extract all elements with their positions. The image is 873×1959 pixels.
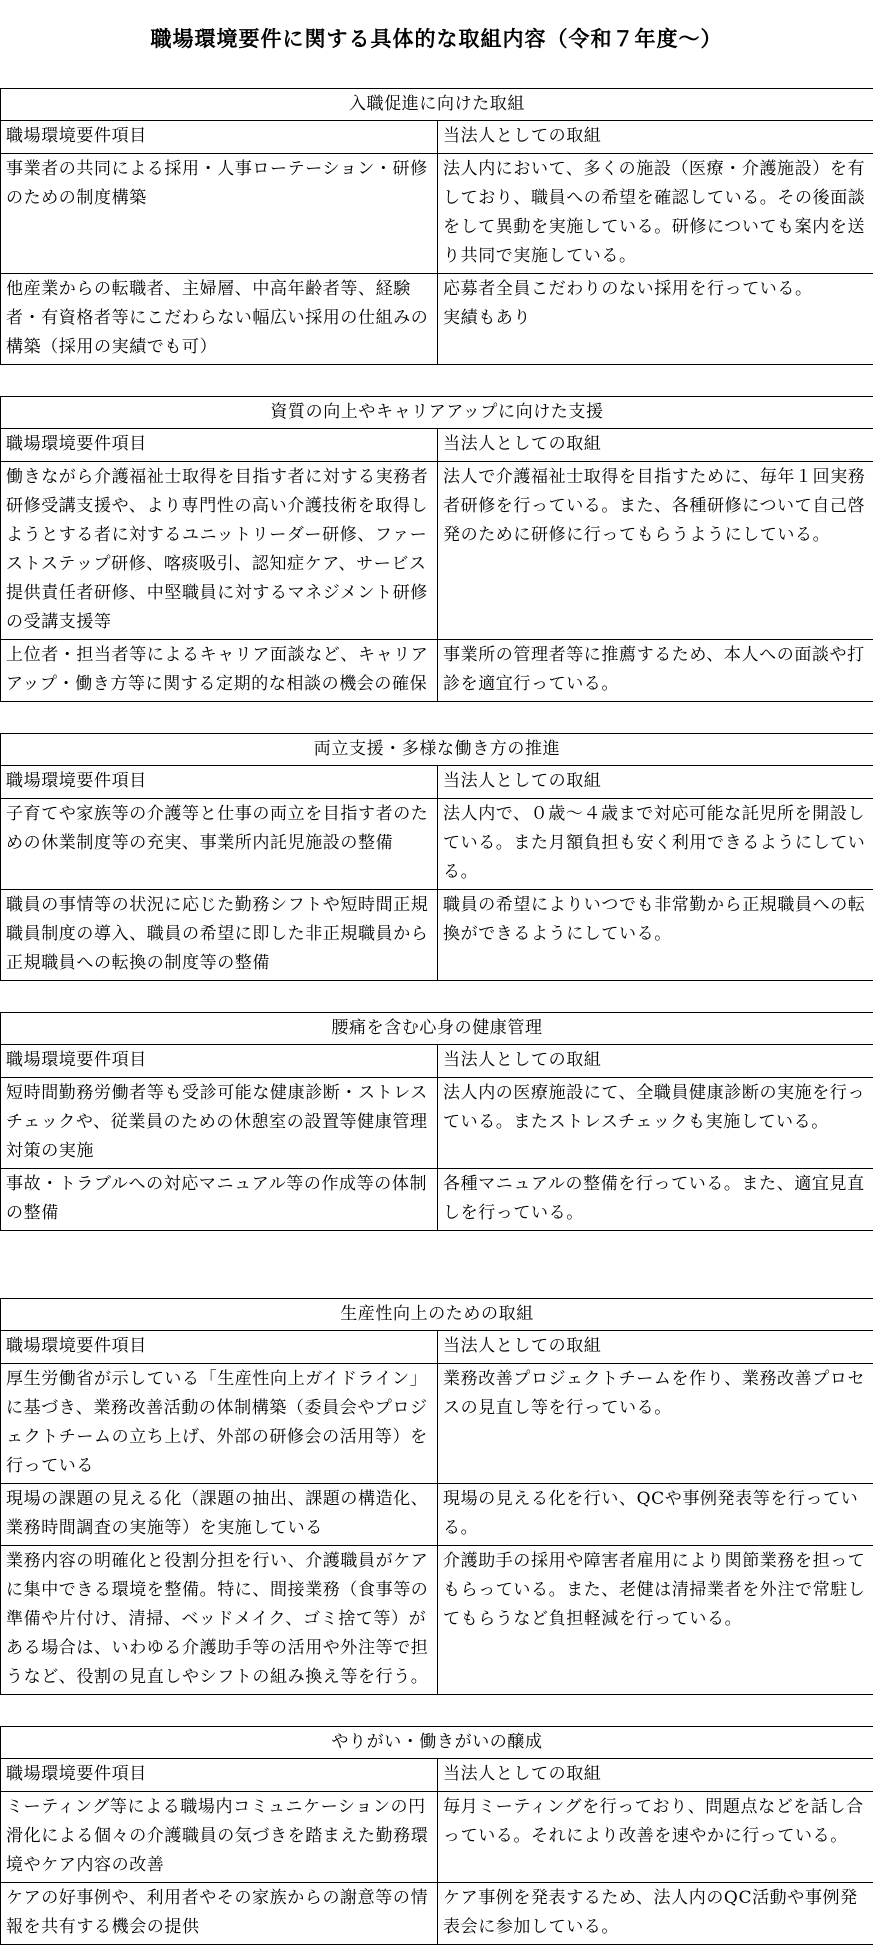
table-row: 職員の事情等の状況に応じた勤務シフトや短時間正規職員制度の導入、職員の希望に即し… <box>1 890 873 981</box>
column-header-initiative: 当法人としての取組 <box>438 121 873 154</box>
table-row: 厚生労働省が示している「生産性向上ガイドライン」に基づき、業務改善活動の体制構築… <box>1 1364 873 1484</box>
table-row: 事業者の共同による採用・人事ローテーション・研修のための制度構築法人内において、… <box>1 154 873 274</box>
table-row: ミーティング等による職場内コミュニケーションの円滑化による個々の介護職員の気づき… <box>1 1792 873 1883</box>
requirement-item-cell: 現場の課題の見える化（課題の抽出、課題の構造化、業務時間調査の実施等）を実施して… <box>1 1484 438 1546</box>
column-header-item: 職場環境要件項目 <box>1 121 438 154</box>
corporation-initiative-cell: 事業所の管理者等に推薦するため、本人への面談や打診を適宜行っている。 <box>438 640 873 702</box>
requirement-item-cell: 業務内容の明確化と役割分担を行い、介護職員がケアに集中できる環境を整備。特に、間… <box>1 1546 438 1695</box>
corporation-initiative-cell: 法人で介護福祉士取得を目指すために、毎年１回実務者研修を行っている。また、各種研… <box>438 462 873 640</box>
requirement-item-cell: 短時間勤務労働者等も受診可能な健康診断・ストレスチェックや、従業員のための休憩室… <box>1 1078 438 1169</box>
column-header-row: 職場環境要件項目当法人としての取組 <box>1 1331 873 1364</box>
column-header-initiative: 当法人としての取組 <box>438 1331 873 1364</box>
column-header-item: 職場環境要件項目 <box>1 1759 438 1792</box>
requirement-item-cell: 上位者・担当者等によるキャリア面談など、キャリアアップ・働き方等に関する定期的な… <box>1 640 438 702</box>
table-row: 業務内容の明確化と役割分担を行い、介護職員がケアに集中できる環境を整備。特に、間… <box>1 1546 873 1695</box>
column-header-initiative: 当法人としての取組 <box>438 766 873 799</box>
table-row: 働きながら介護福祉士取得を目指す者に対する実務者研修受講支援や、より専門性の高い… <box>1 462 873 640</box>
requirement-item-cell: ケアの好事例や、利用者やその家族からの謝意等の情報を共有する機会の提供 <box>1 1883 438 1945</box>
corporation-initiative-cell: 現場の見える化を行い、QCや事例発表等を行っている。 <box>438 1484 873 1546</box>
section: やりがい・働きがいの醸成職場環境要件項目当法人としての取組ミーティング等による職… <box>0 1726 873 1945</box>
table-row: 短時間勤務労働者等も受診可能な健康診断・ストレスチェックや、従業員のための休憩室… <box>1 1078 873 1169</box>
corporation-initiative-cell: ケア事例を発表するため、法人内のQC活動や事例発表会に参加している。 <box>438 1883 873 1945</box>
table-row: 事故・トラブルへの対応マニュアル等の作成等の体制の整備各種マニュアルの整備を行っ… <box>1 1169 873 1231</box>
requirement-item-cell: 子育てや家族等の介護等と仕事の両立を目指す者のための休業制度等の充実、事業所内託… <box>1 799 438 890</box>
requirement-item-cell: 職員の事情等の状況に応じた勤務シフトや短時間正規職員制度の導入、職員の希望に即し… <box>1 890 438 981</box>
section-header: やりがい・働きがいの醸成 <box>1 1727 873 1759</box>
section-header: 生産性向上のための取組 <box>1 1299 873 1331</box>
section-header-row: 資質の向上やキャリアアップに向けた支援 <box>1 397 873 429</box>
section-table: 腰痛を含む心身の健康管理職場環境要件項目当法人としての取組短時間勤務労働者等も受… <box>0 1012 873 1231</box>
table-row: 子育てや家族等の介護等と仕事の両立を目指す者のための休業制度等の充実、事業所内託… <box>1 799 873 890</box>
column-header-row: 職場環境要件項目当法人としての取組 <box>1 1045 873 1078</box>
column-header-item: 職場環境要件項目 <box>1 429 438 462</box>
column-header-initiative: 当法人としての取組 <box>438 429 873 462</box>
corporation-initiative-cell: 毎月ミーティングを行っており、問題点などを話し合っている。それにより改善を速やか… <box>438 1792 873 1883</box>
section-header: 資質の向上やキャリアアップに向けた支援 <box>1 397 873 429</box>
table-row: 現場の課題の見える化（課題の抽出、課題の構造化、業務時間調査の実施等）を実施して… <box>1 1484 873 1546</box>
section: 入職促進に向けた取組職場環境要件項目当法人としての取組事業者の共同による採用・人… <box>0 88 873 365</box>
section-header-row: 腰痛を含む心身の健康管理 <box>1 1013 873 1045</box>
column-header-row: 職場環境要件項目当法人としての取組 <box>1 121 873 154</box>
corporation-initiative-cell: 法人内で、０歳～４歳まで対応可能な託児所を開設している。また月額負担も安く利用で… <box>438 799 873 890</box>
column-header-initiative: 当法人としての取組 <box>438 1759 873 1792</box>
requirement-item-cell: 事故・トラブルへの対応マニュアル等の作成等の体制の整備 <box>1 1169 438 1231</box>
corporation-initiative-cell: 法人内の医療施設にて、全職員健康診断の実施を行っている。またストレスチェックも実… <box>438 1078 873 1169</box>
table-row: ケアの好事例や、利用者やその家族からの謝意等の情報を共有する機会の提供ケア事例を… <box>1 1883 873 1945</box>
section-header-row: やりがい・働きがいの醸成 <box>1 1727 873 1759</box>
column-header-row: 職場環境要件項目当法人としての取組 <box>1 429 873 462</box>
section-table: 入職促進に向けた取組職場環境要件項目当法人としての取組事業者の共同による採用・人… <box>0 88 873 365</box>
column-header-item: 職場環境要件項目 <box>1 1331 438 1364</box>
requirement-item-cell: 他産業からの転職者、主婦層、中高年齢者等、経験者・有資格者等にこだわらない幅広い… <box>1 274 438 365</box>
column-header-initiative: 当法人としての取組 <box>438 1045 873 1078</box>
column-header-row: 職場環境要件項目当法人としての取組 <box>1 766 873 799</box>
corporation-initiative-cell: 法人内において、多くの施設（医療・介護施設）を有しており、職員への希望を確認して… <box>438 154 873 274</box>
page-title: 職場環境要件に関する具体的な取組内容（令和７年度～） <box>0 0 873 54</box>
requirement-item-cell: 厚生労働省が示している「生産性向上ガイドライン」に基づき、業務改善活動の体制構築… <box>1 1364 438 1484</box>
section-table: 資質の向上やキャリアアップに向けた支援職場環境要件項目当法人としての取組働きなが… <box>0 396 873 702</box>
requirement-item-cell: 事業者の共同による採用・人事ローテーション・研修のための制度構築 <box>1 154 438 274</box>
table-row: 上位者・担当者等によるキャリア面談など、キャリアアップ・働き方等に関する定期的な… <box>1 640 873 702</box>
table-row: 他産業からの転職者、主婦層、中高年齢者等、経験者・有資格者等にこだわらない幅広い… <box>1 274 873 365</box>
section: 腰痛を含む心身の健康管理職場環境要件項目当法人としての取組短時間勤務労働者等も受… <box>0 1012 873 1231</box>
sections: 入職促進に向けた取組職場環境要件項目当法人としての取組事業者の共同による採用・人… <box>0 88 873 1945</box>
section-header: 両立支援・多様な働き方の推進 <box>1 734 873 766</box>
corporation-initiative-cell: 各種マニュアルの整備を行っている。また、適宜見直しを行っている。 <box>438 1169 873 1231</box>
column-header-row: 職場環境要件項目当法人としての取組 <box>1 1759 873 1792</box>
section-table: 両立支援・多様な働き方の推進職場環境要件項目当法人としての取組子育てや家族等の介… <box>0 733 873 981</box>
column-header-item: 職場環境要件項目 <box>1 766 438 799</box>
section-header: 入職促進に向けた取組 <box>1 89 873 121</box>
section-header: 腰痛を含む心身の健康管理 <box>1 1013 873 1045</box>
requirement-item-cell: 働きながら介護福祉士取得を目指す者に対する実務者研修受講支援や、より専門性の高い… <box>1 462 438 640</box>
corporation-initiative-cell: 応募者全員こだわりのない採用を行っている。 実績もあり <box>438 274 873 365</box>
document-page: 職場環境要件に関する具体的な取組内容（令和７年度～） 入職促進に向けた取組職場環… <box>0 0 873 1959</box>
section: 資質の向上やキャリアアップに向けた支援職場環境要件項目当法人としての取組働きなが… <box>0 396 873 702</box>
requirement-item-cell: ミーティング等による職場内コミュニケーションの円滑化による個々の介護職員の気づき… <box>1 1792 438 1883</box>
corporation-initiative-cell: 介護助手の採用や障害者雇用により関節業務を担ってもらっている。また、老健は清掃業… <box>438 1546 873 1695</box>
section-table: 生産性向上のための取組職場環境要件項目当法人としての取組厚生労働省が示している「… <box>0 1298 873 1695</box>
corporation-initiative-cell: 業務改善プロジェクトチームを作り、業務改善プロセスの見直し等を行っている。 <box>438 1364 873 1484</box>
column-header-item: 職場環境要件項目 <box>1 1045 438 1078</box>
section: 生産性向上のための取組職場環境要件項目当法人としての取組厚生労働省が示している「… <box>0 1298 873 1695</box>
section-table: やりがい・働きがいの醸成職場環境要件項目当法人としての取組ミーティング等による職… <box>0 1726 873 1945</box>
section: 両立支援・多様な働き方の推進職場環境要件項目当法人としての取組子育てや家族等の介… <box>0 733 873 981</box>
section-header-row: 両立支援・多様な働き方の推進 <box>1 734 873 766</box>
corporation-initiative-cell: 職員の希望によりいつでも非常勤から正規職員への転換ができるようにしている。 <box>438 890 873 981</box>
section-header-row: 生産性向上のための取組 <box>1 1299 873 1331</box>
section-header-row: 入職促進に向けた取組 <box>1 89 873 121</box>
